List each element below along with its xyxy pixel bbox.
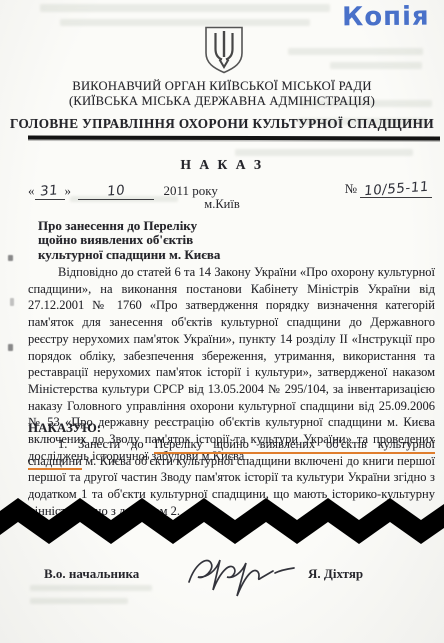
city-line: м.Київ <box>0 197 444 212</box>
order-heading: НАКАЗУЮ: <box>28 420 101 436</box>
handwritten-signature-icon <box>183 546 301 602</box>
org-line-2: (КИЇВСЬКА МІСЬКА ДЕРЖАВНА АДМІНІСТРАЦІЯ) <box>0 94 444 109</box>
issuing-organization: ВИКОНАВЧИЙ ОРГАН КИЇВСЬКОЇ МІСЬКОЇ РАДИ … <box>0 79 444 108</box>
number-label: № <box>345 181 357 196</box>
date-quote-close: » <box>65 183 72 198</box>
document-number-line: №10/55-11 <box>345 181 432 198</box>
subject-line-2: щойно виявлених об'єктів <box>38 233 288 247</box>
document-type-title: Н А К А З <box>0 157 444 173</box>
copy-stamp: Копія <box>342 2 438 33</box>
order-item-1-prefix: 1. Занести до <box>58 437 154 451</box>
number-blank: 10/55-11 <box>360 181 432 198</box>
scanned-order-document: Копія ВИКОНАВЧИЙ ОРГАН КИЇВСЬКОЇ МІСЬКОЇ… <box>0 0 444 643</box>
ukraine-trident-emblem-icon <box>202 26 246 74</box>
subject-block: Про занесення до Переліку щойно виявлени… <box>38 219 288 262</box>
org-line-1: ВИКОНАВЧИЙ ОРГАН КИЇВСЬКОЇ МІСЬКОЇ РАДИ <box>0 79 444 94</box>
subject-line-1: Про занесення до Переліку <box>38 219 288 233</box>
header-divider <box>28 135 440 140</box>
redaction-zigzag-band <box>0 494 444 546</box>
department-name: ГОЛОВНЕ УПРАВЛІННЯ ОХОРОНИ КУЛЬТУРНОЇ СП… <box>0 116 444 132</box>
signatory-name: Я. Діхтяр <box>308 566 363 582</box>
date-year: 2011 року <box>164 183 218 198</box>
subject-line-3: культурної спадщини м. Києва <box>38 248 288 262</box>
signatory-position: В.о. начальника <box>44 566 139 582</box>
